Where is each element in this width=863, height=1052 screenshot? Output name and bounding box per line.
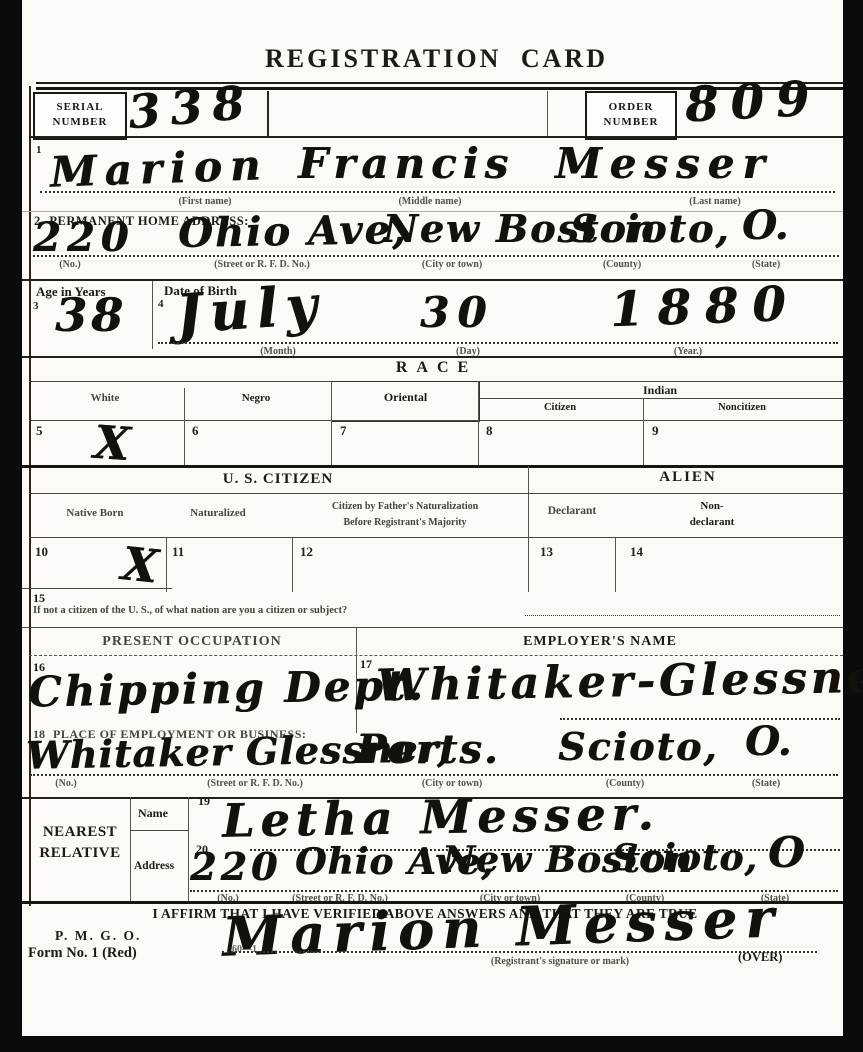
registration-card-scan: { "colors": {"ink": "#1b1813", "paper": … <box>0 0 863 1052</box>
race-oriental-cell: Oriental <box>331 381 480 422</box>
citizen-by-father-number: 12 <box>300 544 313 560</box>
pmgo-label: P. M. G. O. <box>55 928 141 944</box>
home-address-street-label: (Street or R. F. D. No.) <box>172 259 352 270</box>
race-negro-number: 6 <box>192 423 199 439</box>
nation-question-answer-line <box>525 615 840 616</box>
order-number-value: 809 <box>684 74 823 129</box>
divider-line <box>643 398 644 466</box>
employment-city-label: (City or town) <box>392 778 512 789</box>
employment-place-county: Scioto, <box>558 728 719 766</box>
home-address-county: Scioto, <box>570 210 731 248</box>
divider-line <box>188 797 189 902</box>
race-white-number: 5 <box>36 423 43 439</box>
race-indian-citizen-label: Citizen <box>510 402 610 413</box>
race-white-label: White <box>55 392 155 404</box>
serial-number-label-line2: NUMBER <box>35 115 125 130</box>
rule-line <box>22 356 843 358</box>
divider-line <box>331 381 332 466</box>
non-declarant-number: 14 <box>630 544 643 560</box>
race-indian-label: Indian <box>610 383 710 398</box>
declarant-label: Declarant <box>522 505 622 517</box>
divider-line <box>547 91 548 136</box>
rule-line <box>22 465 843 468</box>
nation-question-number: 15 <box>33 591 45 606</box>
divider-line <box>184 388 185 466</box>
divider-line <box>615 537 616 592</box>
birth-day-value: 30 <box>420 292 494 334</box>
naturalized-label: Naturalized <box>168 507 268 519</box>
age-value: 38 <box>55 292 127 338</box>
employment-place-underline <box>30 774 838 776</box>
divider-line <box>152 281 153 349</box>
first-name-value: Marion <box>49 144 269 194</box>
home-address-city-label: (City or town) <box>392 259 512 270</box>
middle-name-value: Francis <box>298 143 514 185</box>
rule-line <box>29 420 843 421</box>
home-address-state: O. <box>742 206 788 246</box>
relative-address-no: 220 <box>190 848 281 886</box>
relative-name-number: 19 <box>198 794 210 809</box>
page-title: REGISTRATION CARD <box>30 44 843 74</box>
nation-question-text: If not a citizen of the U. S., of what n… <box>33 605 347 616</box>
name-line-underline <box>40 191 835 193</box>
birth-line-underline <box>158 342 838 344</box>
serial-number-box: SERIAL NUMBER <box>33 92 127 140</box>
home-address-no: 220 <box>33 218 135 258</box>
form-number-label: Form No. 1 (Red) <box>28 945 137 962</box>
citizen-by-father-label-line1: Citizen by Father's Naturalization <box>290 499 520 515</box>
employment-place-state: O. <box>745 722 791 762</box>
citizen-by-father-label: Citizen by Father's Naturalization Befor… <box>290 499 520 530</box>
rule-line <box>29 537 843 538</box>
employer-underline <box>560 718 840 720</box>
divider-line <box>166 537 167 592</box>
scan-edge-left <box>0 0 22 1052</box>
non-declarant-label-line2: declarant <box>662 515 762 531</box>
signature-underline <box>222 951 817 953</box>
first-name-label: (First name) <box>145 196 265 207</box>
race-white-mark: X <box>92 419 131 467</box>
employment-no-label: (No.) <box>26 778 106 789</box>
race-citizen-number: 8 <box>486 423 493 439</box>
us-citizen-header: U. S. CITIZEN <box>128 471 428 488</box>
race-header: RACE <box>30 359 843 377</box>
race-oriental-number: 7 <box>340 423 347 439</box>
birth-month-value: July <box>174 277 326 341</box>
divider-line <box>528 466 529 592</box>
non-declarant-label: Non- declarant <box>662 499 762 531</box>
declarant-number: 13 <box>540 544 553 560</box>
employer-number: 17 <box>360 657 372 672</box>
employment-state-label: (State) <box>726 778 806 789</box>
employment-place-city: Ports. <box>356 730 500 770</box>
rule-line <box>478 398 843 399</box>
race-oriental-label: Oriental <box>332 390 479 405</box>
nearest-relative-header: NEAREST RELATIVE <box>30 822 130 864</box>
home-address-county-label: (County) <box>572 259 672 270</box>
race-negro-label: Negro <box>206 392 306 404</box>
native-born-number: 10 <box>35 544 48 560</box>
rule-line <box>29 493 843 494</box>
divider-line <box>478 381 479 466</box>
serial-number-label-line1: SERIAL <box>35 100 125 115</box>
relative-address-label: Address <box>134 860 174 872</box>
employment-street-label: (Street or R. F. D. No.) <box>165 778 345 789</box>
rule-line <box>22 627 843 628</box>
last-name-value: Messer <box>555 143 772 185</box>
relative-name-value: Letha Messer. <box>222 790 660 844</box>
scan-edge-bottom <box>0 1036 863 1052</box>
relative-address-state: O <box>768 832 805 874</box>
alien-header: ALIEN <box>588 469 788 486</box>
over-label: (OVER) <box>738 950 782 965</box>
age-field-number: 3 <box>33 300 39 312</box>
relative-name-label: Name <box>138 806 168 821</box>
birth-year-value: 1880 <box>609 280 800 335</box>
native-born-label: Native Born <box>45 507 145 519</box>
race-indian-noncitizen-label: Noncitizen <box>692 402 792 413</box>
home-address-no-label: (No.) <box>30 259 110 270</box>
non-declarant-label-line1: Non- <box>662 499 762 515</box>
home-address-underline <box>33 255 839 257</box>
citizen-by-father-label-line2: Before Registrant's Majority <box>290 515 520 531</box>
home-address-state-label: (State) <box>726 259 806 270</box>
relative-address-county: Scioto, <box>612 840 758 876</box>
race-noncitizen-number: 9 <box>652 423 659 439</box>
order-number-box: ORDER NUMBER <box>585 91 677 140</box>
rule-line <box>29 136 843 138</box>
naturalized-number: 11 <box>172 544 184 560</box>
rule-line <box>130 830 188 831</box>
divider-line <box>267 91 269 136</box>
serial-number-value: 338 <box>126 79 256 136</box>
employer-header: EMPLOYER'S NAME <box>450 634 750 650</box>
nearest-relative-header-line1: NEAREST <box>30 822 130 843</box>
scan-edge-right <box>843 0 863 1052</box>
name-field-number: 1 <box>36 144 42 156</box>
order-number-label-line2: NUMBER <box>587 115 675 130</box>
birth-field-number: 4 <box>158 298 164 310</box>
occupation-header: PRESENT OCCUPATION <box>42 634 342 650</box>
nearest-relative-header-line2: RELATIVE <box>30 843 130 864</box>
divider-line <box>292 537 293 592</box>
signature-caption: (Registrant's signature or mark) <box>450 956 670 967</box>
employer-value: Whitaker-Glessner <box>376 655 863 708</box>
order-number-label-line1: ORDER <box>587 100 675 115</box>
rule-line <box>22 588 172 589</box>
home-address-street: Ohio Ave, <box>178 210 408 254</box>
divider-line <box>130 797 131 902</box>
native-born-mark: X <box>120 540 160 589</box>
